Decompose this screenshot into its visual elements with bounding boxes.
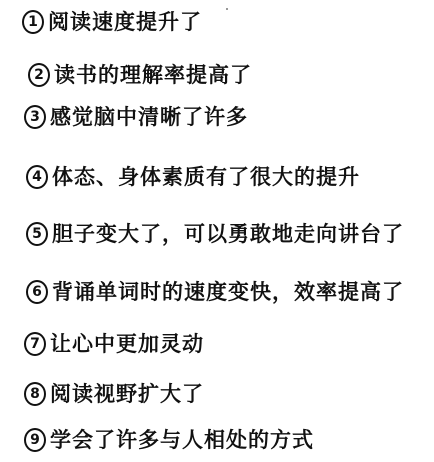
item-number-badge: 8 [24,382,46,406]
item-text: 让心中更加灵动 [50,334,204,355]
list-item-9: 9 学会了许多与人相处的方式 [24,428,314,452]
list-item-8: 8 阅读视野扩大了 [24,382,204,406]
list-item-1: 1 阅读速度提升了 [22,10,202,34]
item-text: 学会了许多与人相处的方式 [50,430,314,451]
item-text: 胆子变大了，可以勇敢地走向讲台了 [52,224,404,245]
item-text: 读书的理解率提高了 [54,65,252,86]
handwritten-note: 1 阅读速度提升了 2 读书的理解率提高了 3 感觉脑中清晰了许多 4 体态、身… [0,0,434,462]
item-number-badge: 5 [26,222,48,246]
item-number-badge: 1 [22,10,44,34]
list-item-3: 3 感觉脑中清晰了许多 [24,105,248,129]
item-text: 感觉脑中清晰了许多 [50,107,248,128]
list-item-2: 2 读书的理解率提高了 [28,63,252,87]
list-item-5: 5 胆子变大了，可以勇敢地走向讲台了 [26,222,404,246]
item-number-badge: 2 [28,63,50,87]
item-text: 阅读速度提升了 [48,12,202,33]
ink-speck [226,8,228,10]
list-item-7: 7 让心中更加灵动 [24,332,204,356]
list-item-4: 4 体态、身体素质有了很大的提升 [26,165,360,189]
item-text: 阅读视野扩大了 [50,384,204,405]
list-item-6: 6 背诵单词时的速度变快，效率提高了 [26,280,404,304]
item-text: 体态、身体素质有了很大的提升 [52,167,360,188]
item-number-badge: 3 [24,105,46,129]
item-number-badge: 6 [26,280,48,304]
item-number-badge: 9 [24,428,46,452]
item-number-badge: 7 [24,332,46,356]
item-text: 背诵单词时的速度变快，效率提高了 [52,282,404,303]
item-number-badge: 4 [26,165,48,189]
